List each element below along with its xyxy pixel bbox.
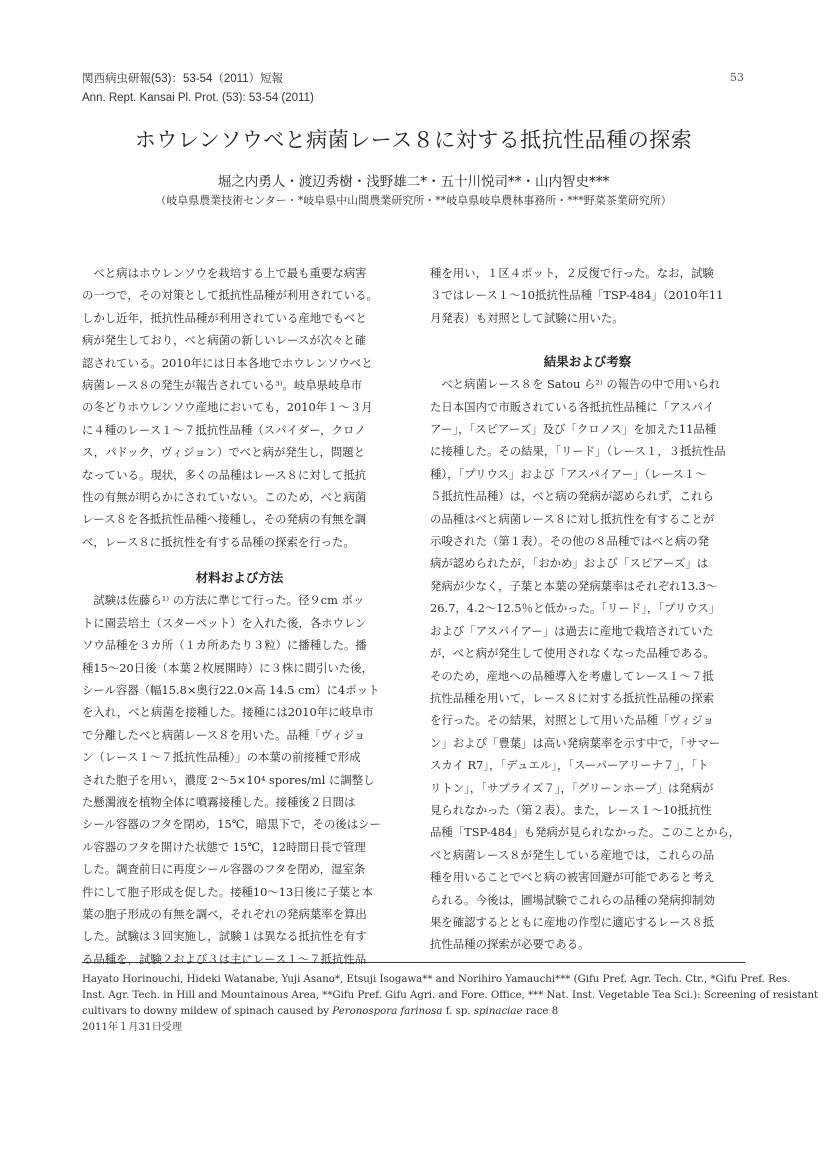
- affiliations: （岐阜県農業技術センター・*岐阜県中山間農業研究所・**岐阜県岐阜農林事務所・*…: [0, 192, 827, 208]
- text-line: 認されている。2010年には日本各地でホウレンソウべと: [82, 352, 397, 374]
- text-line: された胞子を用い，濃度 2～5×10⁴ spores/ml に調整し: [82, 769, 397, 791]
- journal-header-en: Ann. Rept. Kansai Pl. Prot. (53): 53-54 …: [82, 92, 314, 104]
- text-line: の一つで，その対策として抵抗性品種が利用されている。: [82, 284, 397, 306]
- text-line: した。調査前日に再度シール容器のフタを閉め，湿室条: [82, 858, 397, 880]
- text-line: ン（レース１～７抵抗性品種）」の本葉の前接種で形成: [82, 746, 397, 768]
- text-line: を行った。その結果，対照として用いた品種「ヴィジョ: [430, 709, 745, 731]
- text-line: の冬どりホウレンソウ産地においても，2010年１～３月: [82, 396, 397, 418]
- forma-specialis-name: spinaciae: [474, 1006, 523, 1017]
- text-line: 示唆された（第１表）。その他の８品種ではべと病の発: [430, 530, 745, 552]
- text-line: ３ではレース１～10抵抗性品種「TSP-484」（2010年11: [430, 284, 745, 306]
- text-line: シール容器（幅15.8×奥行22.0×高 14.5 cm）に4ポット: [82, 679, 397, 701]
- text-line: ５抵抗性品種）は，べと病の発病が認められず，これら: [430, 485, 745, 507]
- right-column: 種を用い，１区４ポット，２反復で行った。なお，試験 ３ではレース１～10抵抗性品…: [430, 262, 745, 956]
- footnote-line: Inst. Agr. Tech. in Hill and Mountainous…: [82, 988, 747, 1004]
- text-line: が，べと病が発生して使用されなくなった品種である。: [430, 642, 745, 664]
- text-line: 性の有無が明らかにされていない。このため，べと病菌: [82, 486, 397, 508]
- results-heading: 結果および考察: [430, 351, 745, 373]
- english-abstract-footnote: Hayato Horinouchi, Hideki Watanabe, Yuji…: [82, 972, 747, 1036]
- species-name: Peronospora farinosa: [332, 1006, 442, 1017]
- methods-heading: 材料および方法: [82, 567, 397, 589]
- footnote-divider: [82, 962, 745, 963]
- text-line: 種15～20日後（本葉２枚展開時）に３株に間引いた後，: [82, 657, 397, 679]
- text-line: 26.7，4.2～12.5％と低かった。「リード」，「プリウス」: [430, 597, 745, 619]
- text-line: の品種はべと病菌レース８に対し抵抗性を有することが: [430, 508, 745, 530]
- methods: 試験は佐藤ら¹⁾ の方法に準じて行った。径９cm ポッ トに園芸培土（スターペッ…: [82, 589, 397, 970]
- text-line: レース８を各抵抗性品種へ接種し，その発病の有無を調: [82, 508, 397, 530]
- text-line: リトン」，「サプライズ７」，「グリーンホープ」は発病が: [430, 777, 745, 799]
- text-line: る品種を，試験２および３は主にレース１～７抵抗性品: [82, 948, 397, 970]
- text-line: に接種した。その結果，「リード」（レース１，３抵抗性品: [430, 440, 745, 462]
- text-line: ル容器のフタを開けた状態で 15℃，12時間日長で管理: [82, 836, 397, 858]
- footnote-line: cultivars to downy mildew of spinach cau…: [82, 1004, 747, 1020]
- left-column: べと病はホウレンソウを栽培する上で最も重要な病害 の一つで，その対策として抵抗性…: [82, 262, 397, 970]
- text-line: べと病はホウレンソウを栽培する上で最も重要な病害: [82, 262, 397, 284]
- footnote-text: cultivars to downy mildew of spinach cau…: [82, 1006, 332, 1017]
- text-line: で分離したべと病菌レース８を用いた。品種「ヴィジョ: [82, 724, 397, 746]
- text-line: られる。今後は，圃場試験でこれらの品種の発病抑制効: [430, 889, 745, 911]
- text-line: 種を用い，１区４ポット，２反復で行った。なお，試験: [430, 262, 745, 284]
- footnote-line: Hayato Horinouchi, Hideki Watanabe, Yuji…: [82, 972, 747, 988]
- text-line: 果を確認するとともに産地の作型に適応するレース８抵: [430, 911, 745, 933]
- text-line: べと病菌レース８を Satou ら²⁾ の報告の中で用いられ: [430, 373, 745, 395]
- footnote-text: f. sp.: [442, 1006, 473, 1017]
- text-line: 病が認められたが，「おかめ」および「スピアーズ」は: [430, 552, 745, 574]
- text-line: トに園芸培土（スターペット）を入れた後，各ホウレン: [82, 612, 397, 634]
- text-line: 件にして胞子形成を促した。接種10～13日後に子葉と本: [82, 881, 397, 903]
- text-line: した。試験は３回実施し，試験１は異なる抵抗性を有す: [82, 925, 397, 947]
- footnote-text: race 8: [523, 1006, 559, 1017]
- text-line: 抗性品種を用いて，レース８に対する抵抗性品種の探索: [430, 687, 745, 709]
- text-line: た日本国内で市販されている各抵抗性品種に「アスパイ: [430, 396, 745, 418]
- text-line: 葉の胞子形成の有無を調べ，それぞれの発病葉率を算出: [82, 903, 397, 925]
- results: べと病菌レース８を Satou ら²⁾ の報告の中で用いられ た日本国内で市販さ…: [430, 373, 745, 956]
- text-line: ソウ品種を３カ所（１カ所あたり３粒）に播種した。播: [82, 634, 397, 656]
- text-line: 病が発生しており，べと病菌の新しいレースが次々と確: [82, 329, 397, 351]
- text-line: を入れ，べと病菌を接種した。接種には2010年に岐阜市: [82, 701, 397, 723]
- introduction: べと病はホウレンソウを栽培する上で最も重要な病害 の一つで，その対策として抵抗性…: [82, 262, 397, 553]
- text-line: ス，パドック，ヴィジョン）でべと病が発生し，問題と: [82, 441, 397, 463]
- text-line: 品種「TSP-484」も発病が見られなかった。このことから，: [430, 821, 745, 843]
- text-line: なっている。現状，多くの品種はレース８に対して抵抗: [82, 464, 397, 486]
- text-line: そのため，産地への品種導入を考慮してレース１～７抵: [430, 665, 745, 687]
- text-line: スカイ R7」，「デュエル」，「スーパーアリーナ７」，「ト: [430, 754, 745, 776]
- text-line: および「アスパイアー」は過去に産地で栽培されていた: [430, 620, 745, 642]
- journal-header-jp: 関西病虫研報(53)：53-54（2011）短報: [82, 70, 283, 86]
- received-date: 2011年１月31日受理: [82, 1020, 747, 1036]
- text-line: た懸濁液を植物全体に噴霧接種した。接種後２日間は: [82, 791, 397, 813]
- text-line: 発病が少なく，子葉と本葉の発病葉率はそれぞれ13.3～: [430, 575, 745, 597]
- text-line: べと病菌レース８が発生している産地では，これらの品: [430, 844, 745, 866]
- text-line: アー」，「スピアーズ」及び「クロノス」を加えた11品種: [430, 418, 745, 440]
- methods-continued: 種を用い，１区４ポット，２反復で行った。なお，試験 ３ではレース１～10抵抗性品…: [430, 262, 745, 329]
- text-line: しかし近年，抵抗性品種が利用されている産地でもべと: [82, 307, 397, 329]
- text-line: ン」および「豊葉」は高い発病葉率を示す中で，「サマー: [430, 732, 745, 754]
- text-line: シール容器のフタを閉め，15℃，暗黒下で，その後はシー: [82, 813, 397, 835]
- text-line: 種），「プリウス」および「アスパイアー」（レース１～: [430, 463, 745, 485]
- text-line: 見られなかった（第２表）。また，レース１～10抵抗性: [430, 799, 745, 821]
- page-number: 53: [730, 71, 744, 84]
- text-line: 病菌レース８の発生が報告されている³⁾。岐阜県岐阜市: [82, 374, 397, 396]
- text-line: 月発表）も対照として試験に用いた。: [430, 307, 745, 329]
- authors: 堀之内勇人・渡辺秀樹・浅野雄二*・五十川悦司**・山内智史***: [0, 170, 827, 190]
- text-line: 試験は佐藤ら¹⁾ の方法に準じて行った。径９cm ポッ: [82, 589, 397, 611]
- text-line: 種を用いることでべと病の被害回避が可能であると考え: [430, 866, 745, 888]
- text-line: に４種のレース１～７抵抗性品種（スパイダー，クロノ: [82, 419, 397, 441]
- text-line: べ，レース８に抵抗性を有する品種の探索を行った。: [82, 531, 397, 553]
- text-line: 抗性品種の探索が必要である。: [430, 933, 745, 955]
- paper-title: ホウレンソウべと病菌レース８に対する抵抗性品種の探索: [0, 124, 827, 154]
